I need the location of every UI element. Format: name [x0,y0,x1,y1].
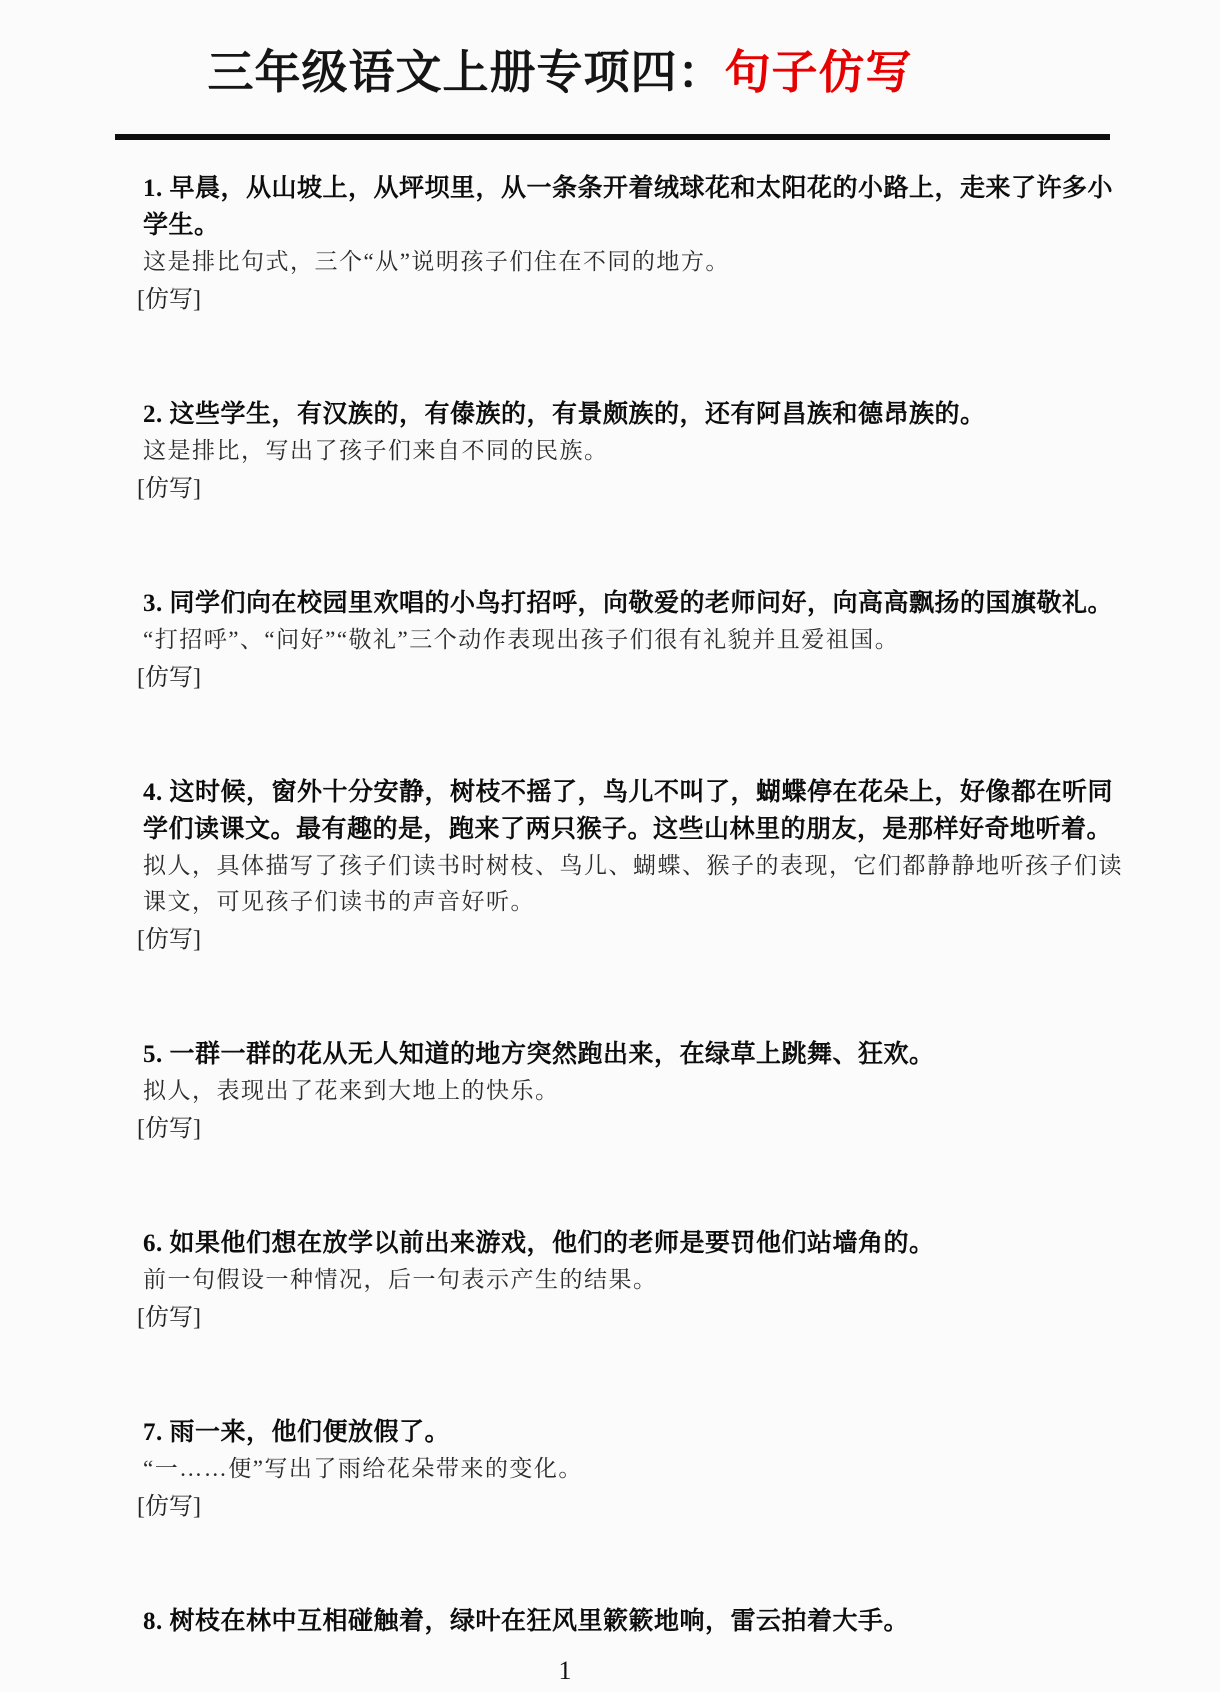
analysis-note: 这是排比句式，三个“从”说明孩子们住在不同的地方。 [143,244,1135,280]
example-sentence: 4. 这时候，窗外十分安静，树枝不摇了，鸟儿不叫了，蝴蝶停在花朵上，好像都在听同… [143,774,1135,848]
title-divider [115,134,1110,140]
imitation-label: [仿写] [137,660,1135,696]
example-sentence: 7. 雨一来，他们便放假了。 [143,1414,1135,1451]
analysis-note: 拟人，具体描写了孩子们读书时树枝、鸟儿、蝴蝶、猴子的表现，它们都静静地听孩子们读… [143,848,1135,920]
analysis-note: 前一句假设一种情况，后一句表示产生的结果。 [143,1262,1135,1298]
example-sentence: 3. 同学们向在校园里欢唱的小鸟打招呼，向敬爱的老师问好，向高高飘扬的国旗敬礼。 [143,585,1135,622]
page-title: 三年级语文上册专项四：句子仿写 [0,0,1220,100]
analysis-note: “一……便”写出了雨给花朵带来的变化。 [143,1451,1135,1487]
example-sentence: 6. 如果他们想在放学以前出来游戏，他们的老师是要罚他们站墙角的。 [143,1225,1135,1262]
worksheet-page: 三年级语文上册专项四：句子仿写 1. 早晨，从山坡上，从坪坝里，从一条条开着绒球… [0,0,1220,1692]
page-title-red: 句子仿写 [725,47,913,98]
worksheet-content: 1. 早晨，从山坡上，从坪坝里，从一条条开着绒球花和太阳花的小路上，走来了许多小… [143,170,1135,1640]
example-sentence: 8. 树枝在林中互相碰触着，绿叶在狂风里簌簌地响，雷云拍着大手。 [143,1603,1135,1640]
exercise-item-1: 1. 早晨，从山坡上，从坪坝里，从一条条开着绒球花和太阳花的小路上，走来了许多小… [143,170,1135,318]
page-title-black: 三年级语文上册专项四： [208,47,725,98]
exercise-item-3: 3. 同学们向在校园里欢唱的小鸟打招呼，向敬爱的老师问好，向高高飘扬的国旗敬礼。… [143,585,1135,696]
analysis-note: 拟人，表现出了花来到大地上的快乐。 [143,1073,1135,1109]
example-sentence: 5. 一群一群的花从无人知道的地方突然跑出来，在绿草上跳舞、狂欢。 [143,1036,1135,1073]
analysis-note: “打招呼”、“问好”“敬礼”三个动作表现出孩子们很有礼貌并且爱祖国。 [143,622,1135,658]
example-sentence: 2. 这些学生，有汉族的，有傣族的，有景颇族的，还有阿昌族和德昂族的。 [143,396,1135,433]
exercise-item-8: 8. 树枝在林中互相碰触着，绿叶在狂风里簌簌地响，雷云拍着大手。 [143,1603,1135,1640]
exercise-item-2: 2. 这些学生，有汉族的，有傣族的，有景颇族的，还有阿昌族和德昂族的。 这是排比… [143,396,1135,507]
imitation-label: [仿写] [137,922,1135,958]
imitation-label: [仿写] [137,1111,1135,1147]
exercise-item-6: 6. 如果他们想在放学以前出来游戏，他们的老师是要罚他们站墙角的。 前一句假设一… [143,1225,1135,1336]
example-sentence: 1. 早晨，从山坡上，从坪坝里，从一条条开着绒球花和太阳花的小路上，走来了许多小… [143,170,1135,244]
exercise-item-5: 5. 一群一群的花从无人知道的地方突然跑出来，在绿草上跳舞、狂欢。 拟人，表现出… [143,1036,1135,1147]
imitation-label: [仿写] [137,282,1135,318]
page-number: 1 [0,1656,1130,1686]
imitation-label: [仿写] [137,471,1135,507]
exercise-item-7: 7. 雨一来，他们便放假了。 “一……便”写出了雨给花朵带来的变化。 [仿写] [143,1414,1135,1525]
analysis-note: 这是排比，写出了孩子们来自不同的民族。 [143,433,1135,469]
imitation-label: [仿写] [137,1489,1135,1525]
exercise-item-4: 4. 这时候，窗外十分安静，树枝不摇了，鸟儿不叫了，蝴蝶停在花朵上，好像都在听同… [143,774,1135,958]
imitation-label: [仿写] [137,1300,1135,1336]
